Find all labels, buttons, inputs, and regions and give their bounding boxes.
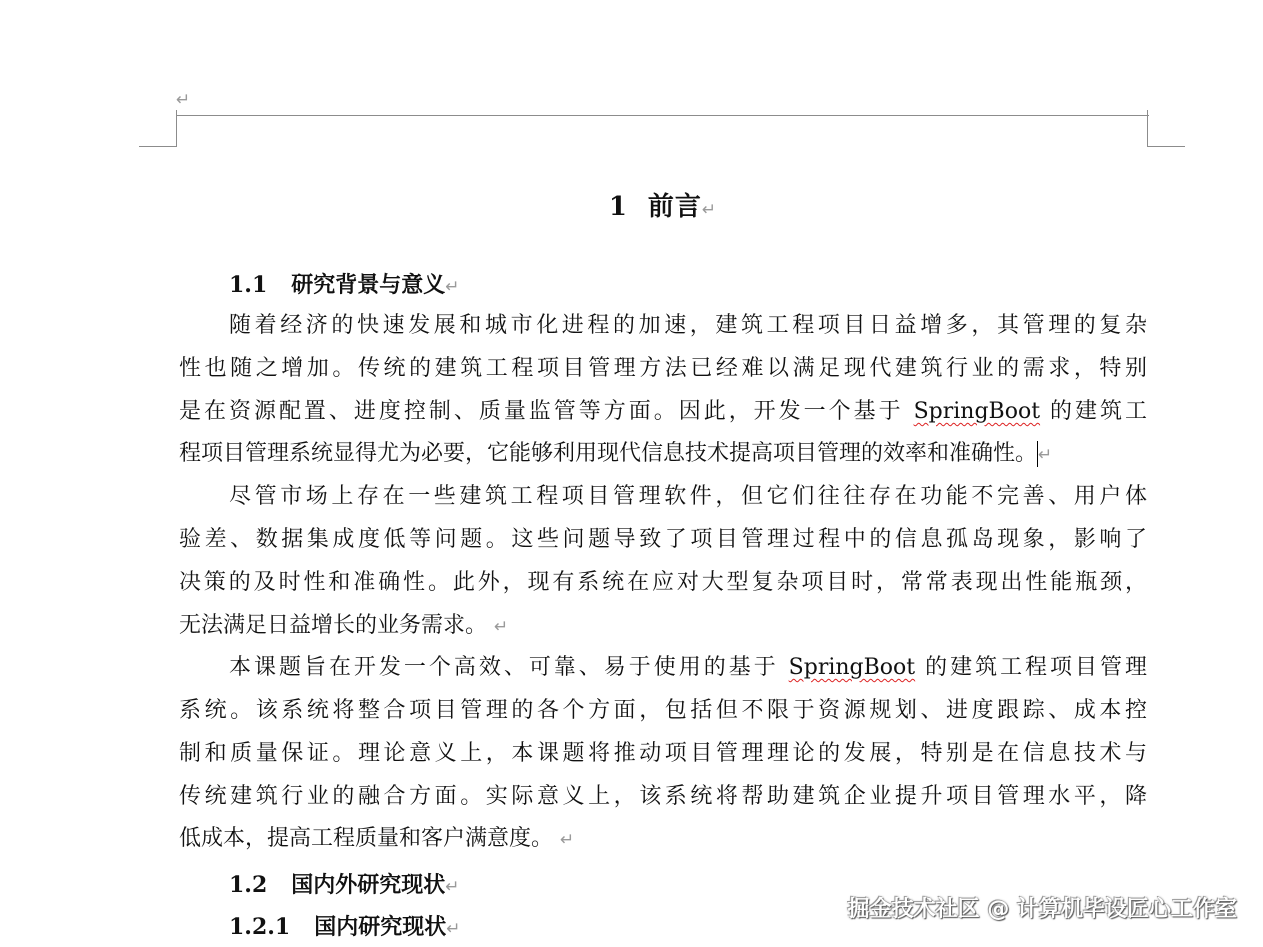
paragraph-3-line-4[interactable]: 传统建筑行业的融合方面。实际意义上，该系统将帮助建筑企业提升项目管理水平，降 <box>179 782 1147 812</box>
paragraph-2-line-2[interactable]: 验差、数据集成度低等问题。这些问题导致了项目管理过程中的信息孤岛现象，影响了 <box>179 525 1147 555</box>
paragraph-mark-icon: ↵ <box>445 877 459 897</box>
crop-mark-right-vertical <box>1147 110 1148 147</box>
section-number: 1.2 <box>229 872 267 898</box>
chapter-number: 1 <box>609 192 628 222</box>
crop-mark-left-horizontal <box>139 146 177 147</box>
watermark: 掘金技术社区 @ 计算机毕设匠心工作室 <box>848 892 1237 923</box>
header-rule <box>176 115 1149 116</box>
paragraph-2-line-4[interactable]: 无法满足日益增长的业务需求。 ↵ <box>179 611 1147 642</box>
text-run: 的建筑工程项目管理 <box>915 655 1147 680</box>
paragraph-1-line-4[interactable]: 程项目管理系统显得尤为必要，它能够利用现代信息技术提高项目管理的效率和准确性。↵ <box>179 439 1147 470</box>
paragraph-mark-icon: ↵ <box>176 90 190 110</box>
text-run: 的建筑工 <box>1040 399 1147 424</box>
text-run: 低成本，提高工程质量和客户满意度。 <box>179 826 553 851</box>
section-title: 国内外研究现状 <box>291 872 445 898</box>
paragraph-mark-icon: ↵ <box>445 277 459 297</box>
paragraph-3-line-1[interactable]: 本课题旨在开发一个高效、可靠、易于使用的基于 SpringBoot 的建筑工程项… <box>229 653 1147 683</box>
section-title: 研究背景与意义 <box>291 272 445 298</box>
text-run: 本课题旨在开发一个高效、可靠、易于使用的基于 <box>229 655 789 680</box>
paragraph-mark-icon: ↵ <box>560 830 574 850</box>
paragraph-1-line-3[interactable]: 是在资源配置、进度控制、质量监管等方面。因此，开发一个基于 SpringBoot… <box>179 397 1147 427</box>
paragraph-1-line-2[interactable]: 性也随之增加。传统的建筑工程项目管理方法已经难以满足现代建筑行业的需求，特别 <box>179 354 1147 384</box>
spellcheck-word[interactable]: SpringBoot <box>914 399 1040 424</box>
paragraph-2-line-3[interactable]: 决策的及时性和准确性。此外，现有系统在应对大型复杂项目时，常常表现出性能瓶颈， <box>179 568 1147 598</box>
section-heading-1-2[interactable]: 1.2国内外研究现状↵ <box>229 868 460 899</box>
crop-mark-left-vertical <box>176 110 177 147</box>
crop-mark-right-horizontal <box>1147 146 1185 147</box>
paragraph-3-line-3[interactable]: 制和质量保证。理论意义上，本课题将推动项目管理理论的发展，特别是在信息技术与 <box>179 739 1147 769</box>
paragraph-mark-icon: ↵ <box>1038 445 1052 465</box>
spellcheck-word[interactable]: SpringBoot <box>789 655 915 680</box>
paragraph-mark-icon: ↵ <box>702 200 717 220</box>
section-number: 1.2.1 <box>229 914 290 940</box>
section-heading-1-1[interactable]: 1.1研究背景与意义↵ <box>229 268 460 299</box>
paragraph-mark-icon: ↵ <box>446 919 460 939</box>
paragraph-mark-icon: ↵ <box>494 617 508 637</box>
text-run: 程项目管理系统显得尤为必要，它能够利用现代信息技术提高项目管理的效率和准确性。 <box>179 441 1037 466</box>
text-run: 是在资源配置、进度控制、质量监管等方面。因此，开发一个基于 <box>179 399 914 424</box>
text-run: 无法满足日益增长的业务需求。 <box>179 613 487 638</box>
paragraph-1-line-1[interactable]: 随着经济的快速发展和城市化进程的加速，建筑工程项目日益增多，其管理的复杂 <box>229 311 1147 341</box>
section-heading-1-2-1[interactable]: 1.2.1国内研究现状↵ <box>229 910 461 941</box>
paragraph-3-line-2[interactable]: 系统。该系统将整合项目管理的各个方面，包括但不限于资源规划、进度跟踪、成本控 <box>179 696 1147 726</box>
paragraph-3-line-5[interactable]: 低成本，提高工程质量和客户满意度。 ↵ <box>179 824 1147 855</box>
paragraph-2-line-1[interactable]: 尽管市场上存在一些建筑工程项目管理软件，但它们往往存在功能不完善、用户体 <box>229 482 1147 512</box>
section-title: 国内研究现状 <box>314 914 446 940</box>
section-number: 1.1 <box>229 272 267 298</box>
chapter-title[interactable]: 1前言↵ <box>0 186 1263 223</box>
chapter-title-text: 前言 <box>648 192 702 222</box>
